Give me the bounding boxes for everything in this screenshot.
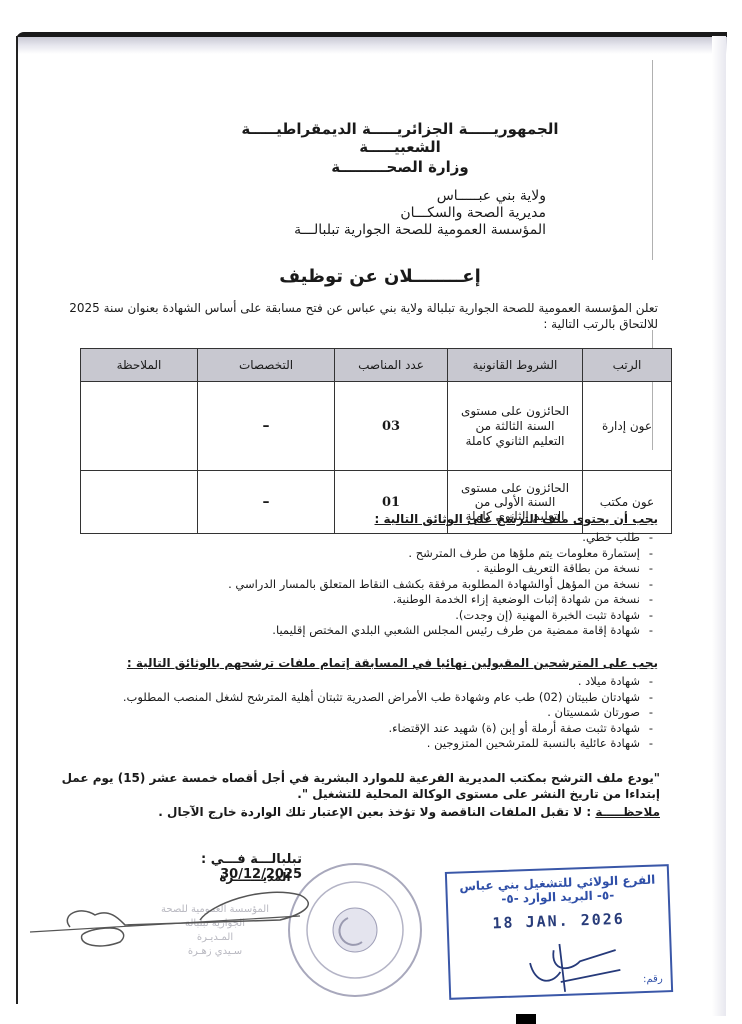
- note-label: ملاحظـــــة: [595, 805, 660, 819]
- scan-vertical-mark: [652, 60, 653, 260]
- accepted-docs-list: شهادة ميلاد . شهادتان طبيتان (02) طب عام…: [123, 674, 662, 752]
- cell-rank: عون إدارة: [583, 382, 672, 471]
- accepted-docs-heading: يجب على المترشحين المقبولين نهائيا في ال…: [127, 656, 658, 670]
- table-row: عون إدارة الحائزون على مستوى السنة الثال…: [81, 382, 672, 471]
- list-item: شهادة عائلية بالنسبة للمترشحين المتزوجين…: [123, 736, 662, 752]
- republic-heading: الجمهوريـــــة الجزائريـــــة الديمقراطي…: [200, 120, 600, 156]
- note-text: : لا تقبل الملفات الناقصة ولا تؤخذ بعين …: [158, 805, 595, 819]
- list-item: نسخة من المؤهل أوالشهادة المطلوبة مرفقة …: [228, 577, 662, 593]
- intro-paragraph: تعلن المؤسسة العمومية للصحة الجوارية تبل…: [58, 300, 658, 332]
- list-item: شهادة تثبت الخبرة المهنية (إن وجدت).: [228, 608, 662, 624]
- ministry-heading: وزارة الصحـــــــــة: [300, 158, 500, 176]
- deposit-instructions: "يودع ملف الترشح بمكتب المديرية الفرعية …: [60, 770, 660, 802]
- stamp-signature-scribble: [519, 940, 631, 996]
- stamp-date: 18 JAN. 2026: [448, 908, 668, 934]
- official-round-seal-and-signature: [0, 860, 440, 1010]
- scan-top-edge: [16, 32, 727, 54]
- cell-conditions: الحائزون على مستوى السنة الثالثة من التع…: [448, 382, 583, 471]
- received-stamp: الفرع الولائي للتشغيل بني عباس -٥- البري…: [445, 864, 673, 1000]
- list-item: شهادة تثبت صفة أرملة أو إبن (ة) شهيد عند…: [123, 721, 662, 737]
- col-positions: عدد المناصب: [335, 349, 448, 382]
- org-line-institution: المؤسسة العمومية للصحة الجوارية تبلبالــ…: [294, 222, 546, 239]
- list-item: نسخة من شهادة إثبات الوضعية إزاء الخدمة …: [228, 592, 662, 608]
- list-item: نسخة من بطاقة التعريف الوطنية .: [228, 561, 662, 577]
- org-line-wilaya: ولاية بني عبـــــاس: [294, 188, 546, 205]
- col-specialties: التخصصات: [198, 349, 335, 382]
- note-paragraph: ملاحظـــــة : لا تقبل الملفات الناقصة ول…: [60, 804, 660, 820]
- list-item: إستمارة معلومات يتم ملؤها من طرف المترشح…: [228, 546, 662, 562]
- cell-remarks: [81, 382, 198, 471]
- list-item: طلب خطي.: [228, 530, 662, 546]
- list-item: شهادة ميلاد .: [123, 674, 662, 690]
- cell-positions: 03: [335, 382, 448, 471]
- stamp-reference-label: رقم:: [643, 973, 663, 985]
- document-title: إعــــــــلان عن توظيف: [180, 266, 580, 287]
- application-docs-list: طلب خطي. إستمارة معلومات يتم ملؤها من طر…: [228, 530, 662, 639]
- org-line-directorate: مديرية الصحة والسكـــان: [294, 205, 546, 222]
- scan-left-edge: [16, 36, 18, 1004]
- col-remarks: الملاحظة: [81, 349, 198, 382]
- organization-block: ولاية بني عبـــــاس مديرية الصحة والسكــ…: [294, 188, 546, 239]
- table-header-row: الرتب الشروط القانونية عدد المناصب التخص…: [81, 349, 672, 382]
- list-item: شهادتان طبيتان (02) طب عام وشهادة طب الأ…: [123, 690, 662, 706]
- scan-right-edge: [712, 36, 726, 1016]
- cell-specialties: –: [198, 471, 335, 534]
- list-item: شهادة إقامة ممضية من طرف رئيس المجلس الش…: [228, 623, 662, 639]
- cell-specialties: –: [198, 382, 335, 471]
- list-item: صورتان شمسيتان .: [123, 705, 662, 721]
- application-docs-heading: يجب أن يحتوى ملف الترشح على الوثائق التا…: [375, 512, 658, 526]
- positions-table: الرتب الشروط القانونية عدد المناصب التخص…: [80, 348, 672, 534]
- cell-remarks: [81, 471, 198, 534]
- col-rank: الرتب: [583, 349, 672, 382]
- col-conditions: الشروط القانونية: [448, 349, 583, 382]
- scan-bottom-mark: [516, 1014, 536, 1024]
